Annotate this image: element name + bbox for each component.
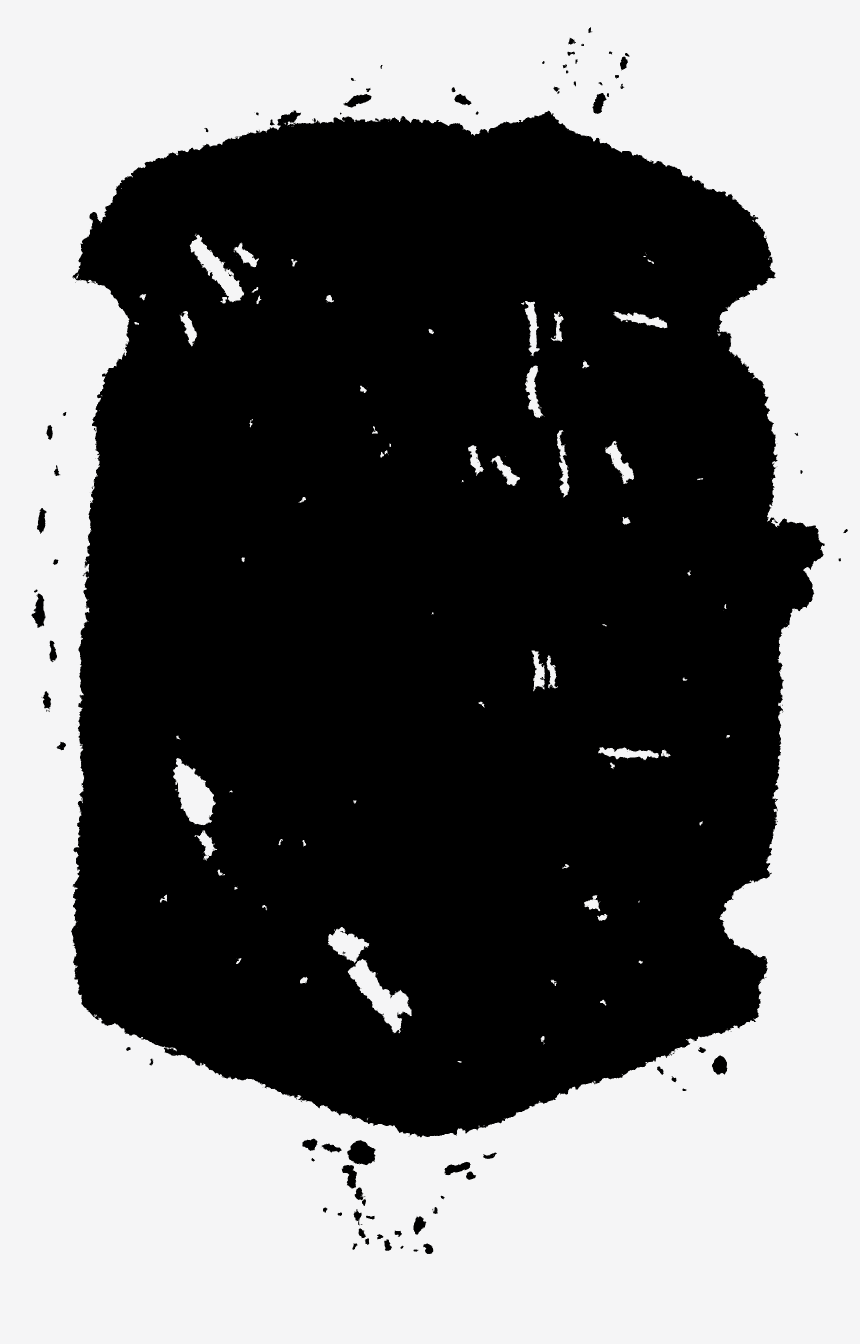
ink-speckle xyxy=(399,1244,403,1248)
ink-speckle xyxy=(423,1241,431,1253)
ink-scratch-dot xyxy=(698,818,702,822)
ink-speckle xyxy=(412,1247,416,1251)
ink-speckle xyxy=(553,85,557,89)
ink-speckle xyxy=(599,81,602,84)
ink-speckle xyxy=(300,1138,316,1148)
ink-speckle xyxy=(352,1209,360,1223)
ink-scratch-dot xyxy=(202,852,208,858)
ink-speckle xyxy=(148,1060,152,1064)
ink-speckle xyxy=(57,742,63,748)
ink-speckle xyxy=(556,91,559,94)
ink-speckle xyxy=(379,63,382,66)
ink-speckle xyxy=(49,640,55,660)
ink-scratch-dot xyxy=(227,788,233,792)
ink-speckle xyxy=(336,1211,341,1216)
ink-scratch-dot xyxy=(698,478,702,482)
ink-speckle xyxy=(360,1198,366,1206)
ink-speckle xyxy=(368,1214,372,1218)
ink-scratch-dot xyxy=(219,298,225,302)
ink-speckle xyxy=(346,1141,374,1163)
ink-speckle xyxy=(658,1068,662,1072)
ink-body xyxy=(70,111,822,1135)
ink-speckle xyxy=(310,1156,314,1160)
ink-scratch-dot xyxy=(248,287,252,293)
ink-scratch-dot xyxy=(688,568,692,572)
ink-scratch-dot xyxy=(298,978,302,982)
ink-speckle xyxy=(354,1186,362,1198)
ink-speckle xyxy=(798,468,802,472)
ink-speckle xyxy=(579,42,582,45)
ink-scratch-dot xyxy=(718,597,722,603)
ink-speckle xyxy=(712,1054,726,1072)
ink-speckle xyxy=(625,51,629,55)
ink-scratch-dot xyxy=(260,899,264,903)
ink-scratch-dot xyxy=(431,611,434,614)
ink-speckle xyxy=(450,86,454,90)
ink-speckle xyxy=(351,1243,356,1249)
ink-speckle xyxy=(203,128,207,132)
ink-scratch-dot xyxy=(659,750,671,754)
ink-scratch-dot xyxy=(273,835,277,841)
ink-speckle xyxy=(466,1172,474,1178)
ink-speckle xyxy=(540,59,543,62)
ink-scratch-dot xyxy=(479,700,483,704)
ink-speckle xyxy=(41,691,49,709)
ink-scratch-dot xyxy=(599,620,603,623)
ink-speckle xyxy=(439,1194,443,1198)
ink-scratch-dot xyxy=(328,298,332,302)
ink-speckle xyxy=(589,29,592,32)
ink-scratch-dot xyxy=(238,958,242,962)
ink-scratch-dot xyxy=(610,760,614,764)
ink-speckle xyxy=(670,1076,675,1081)
ink-scratch-dot xyxy=(559,859,563,863)
ink-speckle xyxy=(375,1233,381,1239)
ink-speckle xyxy=(358,1226,364,1236)
ink-scratch-dot xyxy=(728,738,732,742)
ink-speckle xyxy=(613,73,617,77)
ink-speckle xyxy=(498,1116,502,1120)
ink-scratch-dot xyxy=(288,257,292,263)
ink-speckle xyxy=(269,120,272,123)
ink-scratch-dot xyxy=(642,251,648,255)
ink-scratch-dot xyxy=(248,418,252,422)
ink-speckle xyxy=(45,422,51,438)
ink-scratch-dot xyxy=(550,979,554,983)
ink-speckle xyxy=(794,431,797,434)
ink-scratch-dot xyxy=(460,479,464,483)
ink-speckle xyxy=(606,50,610,54)
ink-speckle xyxy=(681,1088,685,1092)
ink-scratch-dot xyxy=(368,428,372,432)
ink-speckle xyxy=(33,594,43,626)
ink-body-layer xyxy=(70,111,822,1135)
ink-scratch-dot xyxy=(376,453,380,457)
ink-speckle xyxy=(518,1103,522,1107)
ink-speckle xyxy=(564,69,567,72)
ink-speckle xyxy=(574,59,577,62)
ink-speckle xyxy=(382,1237,390,1249)
ink-speckle xyxy=(619,84,622,87)
ink-speckle xyxy=(696,1045,704,1051)
ink-scratch-dot xyxy=(238,558,242,562)
ink-speckle xyxy=(474,110,478,114)
ink-speckle xyxy=(393,1228,399,1234)
ink-speckle xyxy=(837,557,840,560)
ink-speckle xyxy=(431,1208,435,1212)
ink-speckle xyxy=(253,110,257,114)
ink-speckle xyxy=(54,465,58,475)
ink-speckle xyxy=(572,81,575,84)
ink-scratch-dot xyxy=(122,347,126,353)
ink-scratch-dot xyxy=(131,315,135,319)
ink-scratch-dot xyxy=(538,1038,542,1042)
ink-scratch-dot xyxy=(640,901,643,904)
ink-scratch-dot xyxy=(233,883,237,887)
ink-scratch-dot xyxy=(579,356,585,364)
ink-scratch-dot xyxy=(383,442,387,448)
ink-scratch-dot xyxy=(255,300,259,304)
ink-scratch-dot xyxy=(350,799,354,803)
ink-speckle xyxy=(843,528,847,532)
ink-stamp-graphic xyxy=(0,0,860,1344)
ink-speckle xyxy=(33,588,37,592)
ink-speckle xyxy=(350,76,354,80)
ink-speckle xyxy=(61,410,65,416)
ink-scratch-dot xyxy=(358,388,362,392)
ink-scratch-dot xyxy=(458,1058,462,1062)
ink-speckle xyxy=(52,557,58,563)
stage xyxy=(0,0,860,1344)
ink-scratch-dot xyxy=(158,898,162,902)
ink-scratch-dot xyxy=(298,838,302,842)
ink-speckle xyxy=(568,50,572,54)
ink-scratch-dot xyxy=(218,868,223,873)
ink-scratch-dot xyxy=(428,328,432,332)
ink-speckle xyxy=(366,86,370,90)
ink-scratch-dot xyxy=(518,298,522,302)
ink-scratch-dot xyxy=(638,958,642,962)
ink-scratch-dot xyxy=(600,912,610,920)
ink-speckle xyxy=(345,1170,355,1186)
ink-speckle xyxy=(321,1206,325,1210)
ink-speckle xyxy=(125,1046,131,1050)
ink-scratch-dot xyxy=(300,500,304,504)
ink-scratch-dot xyxy=(678,678,682,682)
ink-scratch-dot xyxy=(650,256,654,260)
ink-scratch-dot xyxy=(181,731,185,735)
ink-speckle xyxy=(562,64,565,67)
ink-scratch-dot xyxy=(619,519,625,523)
ink-speckle xyxy=(339,111,342,114)
ink-scratch-dot xyxy=(586,894,602,908)
ink-speckle xyxy=(607,92,610,95)
ink-scratch-dot xyxy=(598,998,602,1002)
ink-scratch-dot xyxy=(138,290,142,294)
ink-speckle xyxy=(741,1001,749,1009)
ink-speckle xyxy=(364,1239,369,1244)
ink-speckle xyxy=(570,38,574,42)
